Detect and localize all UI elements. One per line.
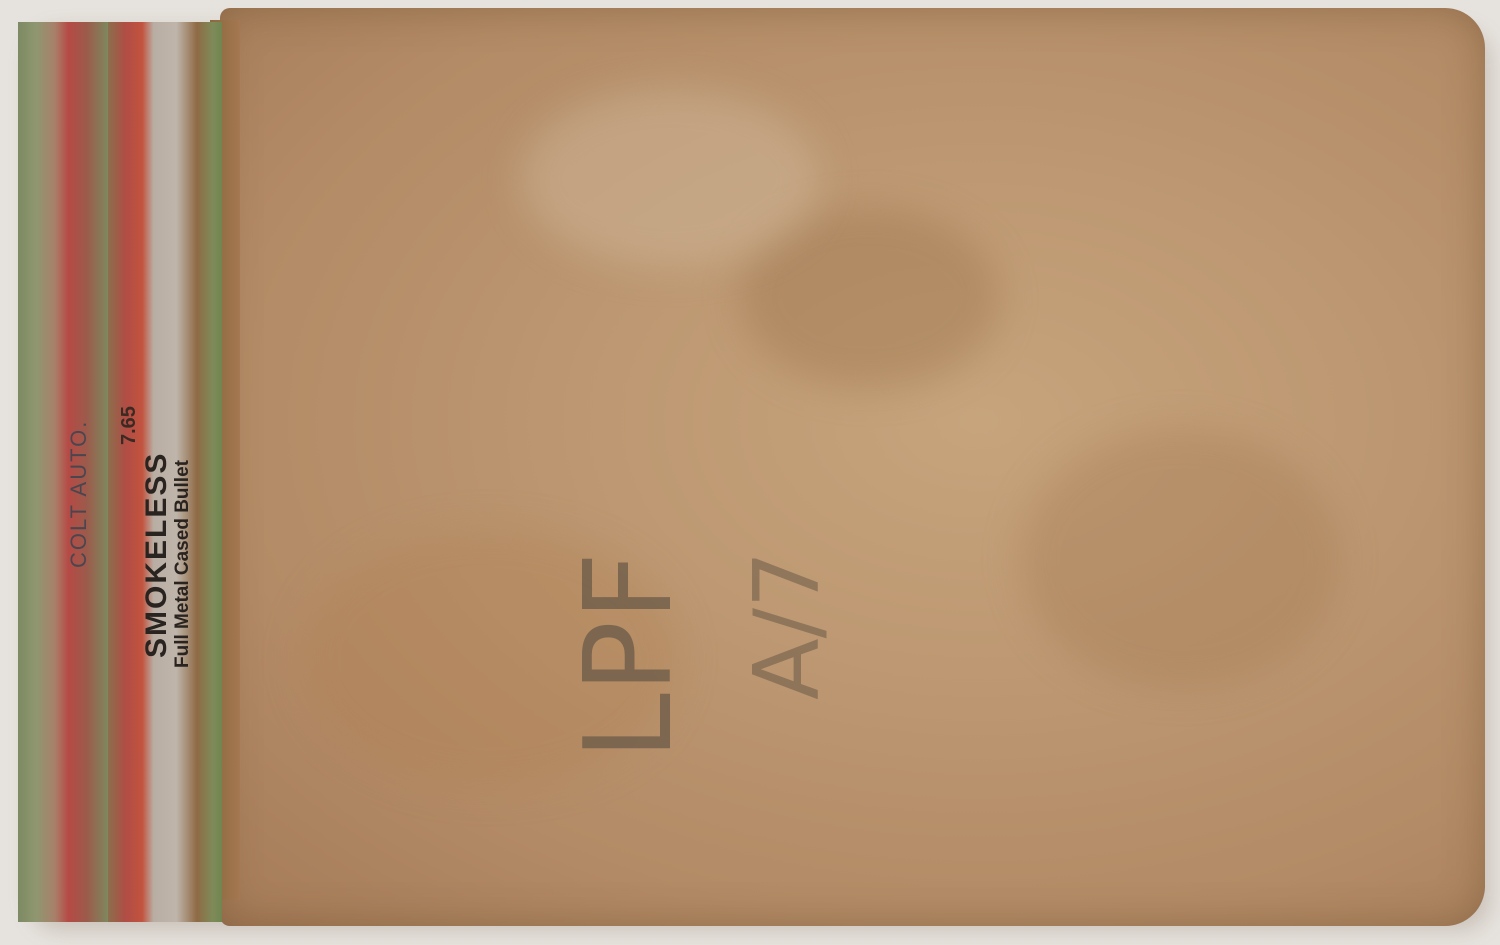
label-colt-auto: COLT AUTO. xyxy=(66,420,92,568)
label-smokeless: SMOKELESS xyxy=(140,452,174,658)
box-top-face xyxy=(220,8,1485,926)
end-flap-outer xyxy=(18,22,110,922)
faded-patch xyxy=(520,88,820,268)
label-caliber: 7.65 xyxy=(118,406,141,445)
label-bullet-type: Full Metal Cased Bullet xyxy=(172,460,194,668)
stain xyxy=(1020,428,1340,688)
handwritten-mark: LPF xyxy=(560,552,699,760)
handwritten-mark-2: A/7 xyxy=(735,551,840,700)
